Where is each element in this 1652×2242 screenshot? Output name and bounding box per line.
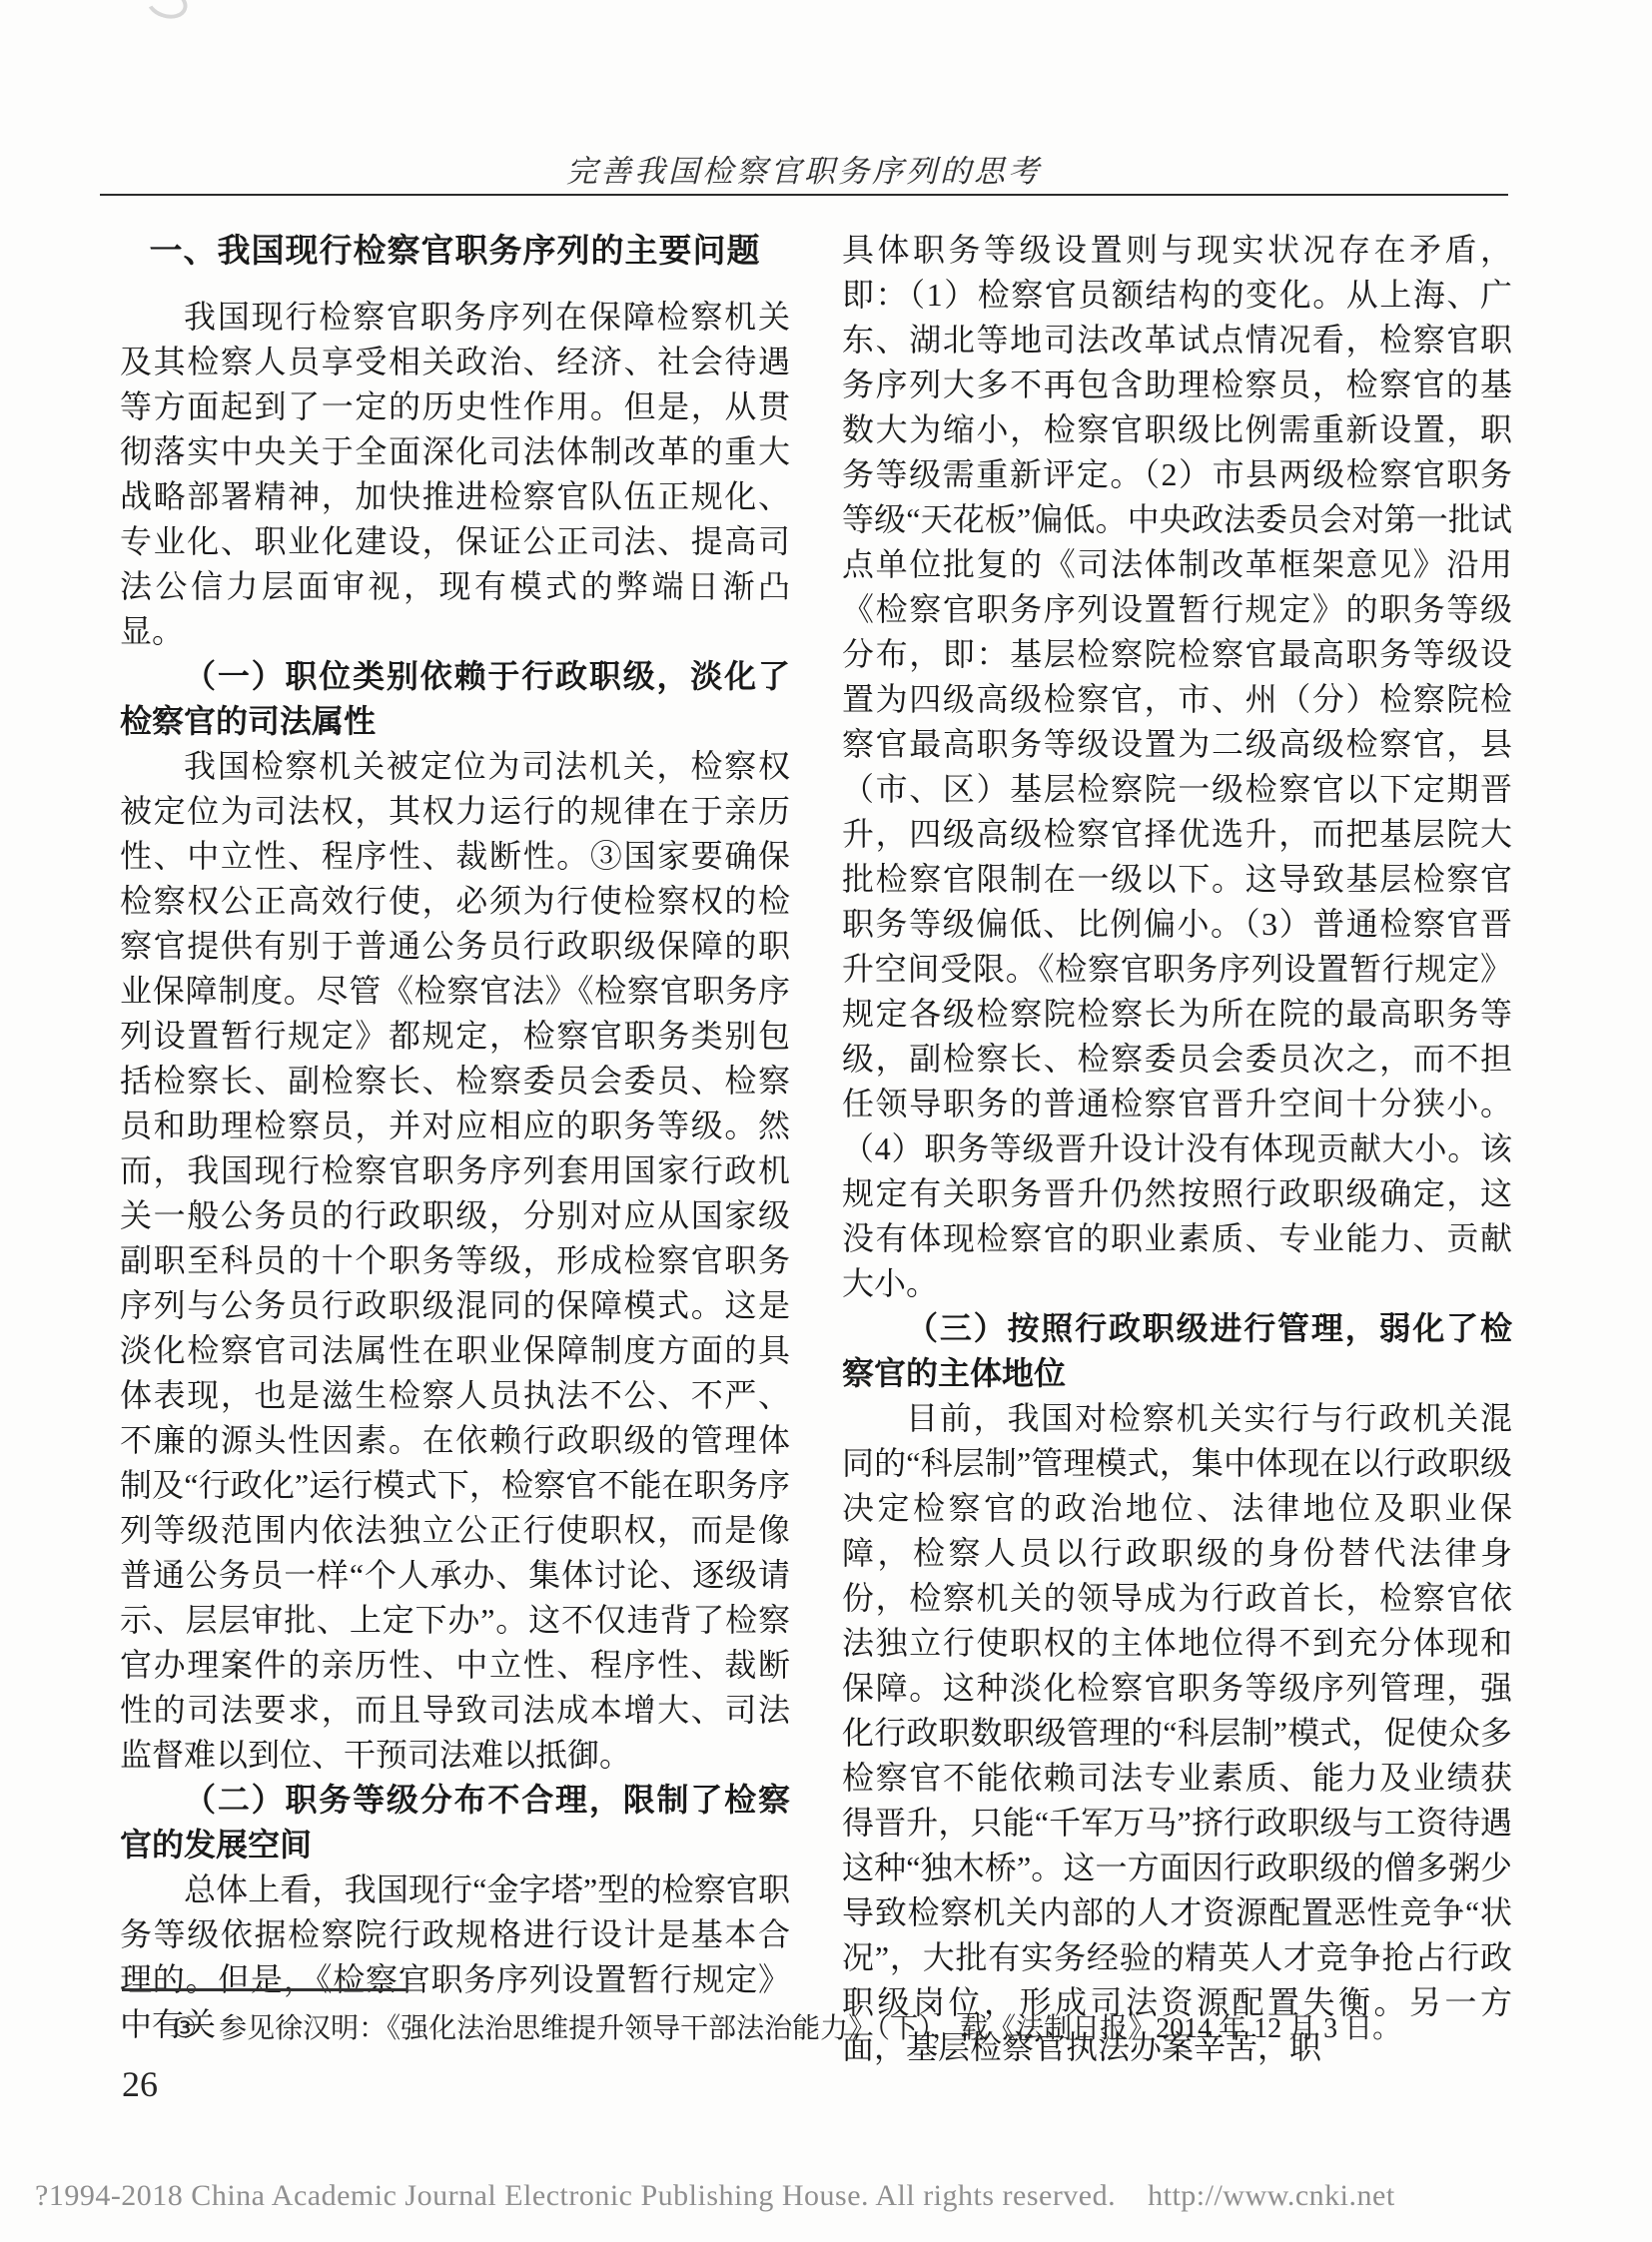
left-column: 一、我国现行检察官职务序列的主要问题我国现行检察官职务序列在保障检察机关及其检察… — [120, 228, 790, 2047]
sub-heading: （三）按照行政职级进行管理，弱化了检察官的主体地位 — [842, 1306, 1512, 1396]
sub-heading: （二）职务等级分布不合理，限制了检察官的发展空间 — [120, 1778, 790, 1868]
section-heading: 一、我国现行检察官职务序列的主要问题 — [120, 228, 790, 273]
footnote-marker: ③ — [172, 2013, 197, 2044]
journal-page: 完善我国检察官职务序列的思考 一、我国现行检察官职务序列的主要问题我国现行检察官… — [0, 0, 1652, 2242]
footnote-text: 参见徐汉明：《强化法治思维提升领导干部法治能力》（下），载《法制日报》2014 … — [219, 2013, 1400, 2044]
header-rule — [100, 194, 1508, 196]
running-header-title: 完善我国检察官职务序列的思考 — [100, 146, 1508, 191]
page-number: 26 — [122, 2063, 158, 2105]
copyright-watermark: ?1994-2018 China Academic Journal Electr… — [35, 2179, 1593, 2213]
footnote: ③参见徐汉明：《强化法治思维提升领导干部法治能力》（下），载《法制日报》2014… — [120, 2009, 1518, 2049]
paragraph: 我国检察机关被定位为司法机关，检察权被定位为司法权，其权力运行的规律在于亲历性、… — [120, 744, 790, 1778]
right-column: 具体职务等级设置则与现实状况存在矛盾，即：（1）检察官员额结构的变化。从上海、广… — [842, 228, 1512, 2070]
footnote-divider — [122, 1988, 408, 1991]
sub-heading: （一）职位类别依赖于行政职级，淡化了检察官的司法属性 — [120, 654, 790, 744]
paragraph: 目前，我国对检察机关实行与行政机关混同的“科层制”管理模式，集中体现在以行政职级… — [842, 1396, 1512, 2070]
scan-artifact-mark — [142, 0, 191, 24]
paragraph: 我国现行检察官职务序列在保障检察机关及其检察人员享受相关政治、经济、社会待遇等方… — [120, 295, 790, 654]
paragraph: 具体职务等级设置则与现实状况存在矛盾，即：（1）检察官员额结构的变化。从上海、广… — [842, 228, 1512, 1306]
